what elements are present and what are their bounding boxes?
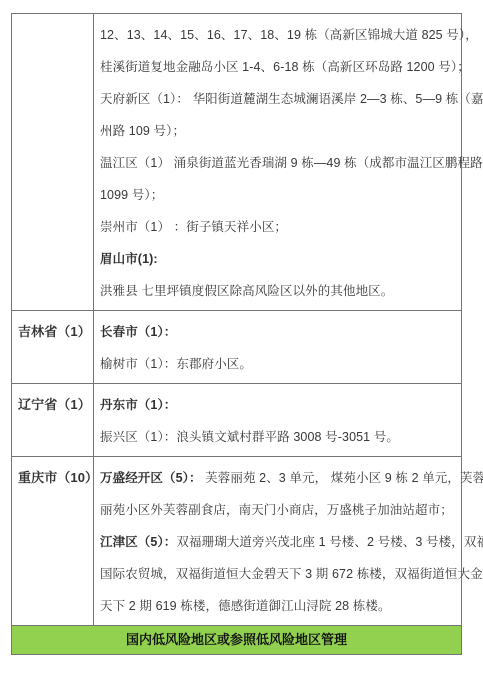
line-bold-text: 江津区（5）：	[100, 535, 176, 549]
text-line: 天府新区（1）： 华阳街道麓湖生态城澜语溪岸 2—3 栋、5—9 栋（嘉	[100, 83, 459, 115]
text-line: 振兴区（1）：浪头镇文斌村群平路 3008 号-3051 号。	[100, 421, 459, 453]
line-text: 温江区（1） 涌泉街道蓝光香瑞湖 9 栋—49 栋（成都市温江区鹏程路	[100, 156, 483, 170]
text-line: 江津区（5）：双福珊瑚大道旁兴茂北座 1 号楼、2 号楼、3 号楼，双福	[100, 526, 459, 558]
detail-cell: 长春市（1）：榆树市（1）：东郡府小区。	[93, 311, 461, 383]
line-bold-text: 眉山市(1):	[100, 252, 158, 266]
line-text: 振兴区（1）：浪头镇文斌村群平路 3008 号-3051 号。	[100, 430, 399, 444]
province-cell	[12, 14, 93, 310]
line-text: 州路 109 号）；	[100, 124, 185, 138]
province-cell: 辽宁省（1）	[12, 384, 93, 456]
text-line: 崇州市（1） ：街子镇天祥小区；	[100, 211, 459, 243]
line-text: 桂溪街道复地金融岛小区 1-4、6-18 栋（高新区环岛路 1200 号）；	[100, 60, 470, 74]
text-line: 洪雅县 七里坪镇度假区除高风险区以外的其他地区。	[100, 275, 459, 307]
line-text: 12、13、14、15、16、17、18、19 栋（高新区锦城大道 825 号）…	[100, 28, 478, 42]
text-line: 温江区（1） 涌泉街道蓝光香瑞湖 9 栋—49 栋（成都市温江区鹏程路	[100, 147, 459, 179]
text-line: 万盛经开区（5）： 芙蓉丽苑 2、3 单元， 煤苑小区 9 栋 2 单元，芙蓉	[100, 462, 459, 494]
line-text: 1099 号）；	[100, 188, 163, 202]
province-label: 吉林省（1）	[18, 316, 91, 348]
line-text: 丽苑小区外芙蓉副食店，南天门小商店，万盛桃子加油站超市；	[100, 503, 453, 517]
province-label: 重庆市（10）	[18, 462, 91, 494]
low-risk-banner: 国内低风险地区或参照低风险地区管理	[12, 625, 461, 654]
text-line: 丹东市（1）：	[100, 389, 459, 421]
line-bold-text: 万盛经开区（5）：	[100, 471, 202, 485]
risk-area-table: 12、13、14、15、16、17、18、19 栋（高新区锦城大道 825 号）…	[11, 13, 462, 655]
line-text: 洪雅县 七里坪镇度假区除高风险区以外的其他地区。	[100, 284, 393, 298]
line-text: 双福珊瑚大道旁兴茂北座 1 号楼、2 号楼、3 号楼，双福	[176, 535, 483, 549]
table-row: 辽宁省（1）丹东市（1）：振兴区（1）：浪头镇文斌村群平路 3008 号-305…	[12, 383, 461, 456]
text-line: 眉山市(1):	[100, 243, 459, 275]
table-row: 吉林省（1）长春市（1）：榆树市（1）：东郡府小区。	[12, 310, 461, 383]
text-line: 1099 号）；	[100, 179, 459, 211]
line-text: 天府新区（1）： 华阳街道麓湖生态城澜语溪岸 2—3 栋、5—9 栋（嘉	[100, 92, 483, 106]
table-rows: 12、13、14、15、16、17、18、19 栋（高新区锦城大道 825 号）…	[12, 14, 461, 625]
text-line: 天下 2 期 619 栋楼，德感街道御江山浔院 28 栋楼。	[100, 590, 459, 622]
province-cell: 吉林省（1）	[12, 311, 93, 383]
text-line: 州路 109 号）；	[100, 115, 459, 147]
detail-cell: 万盛经开区（5）： 芙蓉丽苑 2、3 单元， 煤苑小区 9 栋 2 单元，芙蓉丽…	[93, 457, 461, 625]
province-label: 辽宁省（1）	[18, 389, 91, 421]
line-text: 天下 2 期 619 栋楼，德感街道御江山浔院 28 栋楼。	[100, 599, 391, 613]
province-cell: 重庆市（10）	[12, 457, 93, 625]
text-line: 长春市（1）：	[100, 316, 459, 348]
low-risk-banner-label: 国内低风险地区或参照低风险地区管理	[126, 632, 347, 647]
detail-cell: 12、13、14、15、16、17、18、19 栋（高新区锦城大道 825 号）…	[93, 14, 461, 310]
detail-cell: 丹东市（1）：振兴区（1）：浪头镇文斌村群平路 3008 号-3051 号。	[93, 384, 461, 456]
line-text: 国际农贸城，双福街道恒大金碧天下 3 期 672 栋楼，双福街道恒大金碧	[100, 567, 483, 581]
line-bold-text: 丹东市（1）：	[100, 398, 176, 412]
text-line: 榆树市（1）：东郡府小区。	[100, 348, 459, 380]
line-text: 崇州市（1） ：街子镇天祥小区；	[100, 220, 287, 234]
line-text: 榆树市（1）：东郡府小区。	[100, 357, 252, 371]
line-text: 芙蓉丽苑 2、3 单元， 煤苑小区 9 栋 2 单元，芙蓉	[202, 471, 483, 485]
text-line: 国际农贸城，双福街道恒大金碧天下 3 期 672 栋楼，双福街道恒大金碧	[100, 558, 459, 590]
table-row: 重庆市（10）万盛经开区（5）： 芙蓉丽苑 2、3 单元， 煤苑小区 9 栋 2…	[12, 456, 461, 625]
text-line: 丽苑小区外芙蓉副食店，南天门小商店，万盛桃子加油站超市；	[100, 494, 459, 526]
table-row: 12、13、14、15、16、17、18、19 栋（高新区锦城大道 825 号）…	[12, 14, 461, 310]
text-line: 12、13、14、15、16、17、18、19 栋（高新区锦城大道 825 号）…	[100, 19, 459, 51]
text-line: 桂溪街道复地金融岛小区 1-4、6-18 栋（高新区环岛路 1200 号）；	[100, 51, 459, 83]
line-bold-text: 长春市（1）：	[100, 325, 176, 339]
document-page: 12、13、14、15、16、17、18、19 栋（高新区锦城大道 825 号）…	[0, 0, 483, 683]
